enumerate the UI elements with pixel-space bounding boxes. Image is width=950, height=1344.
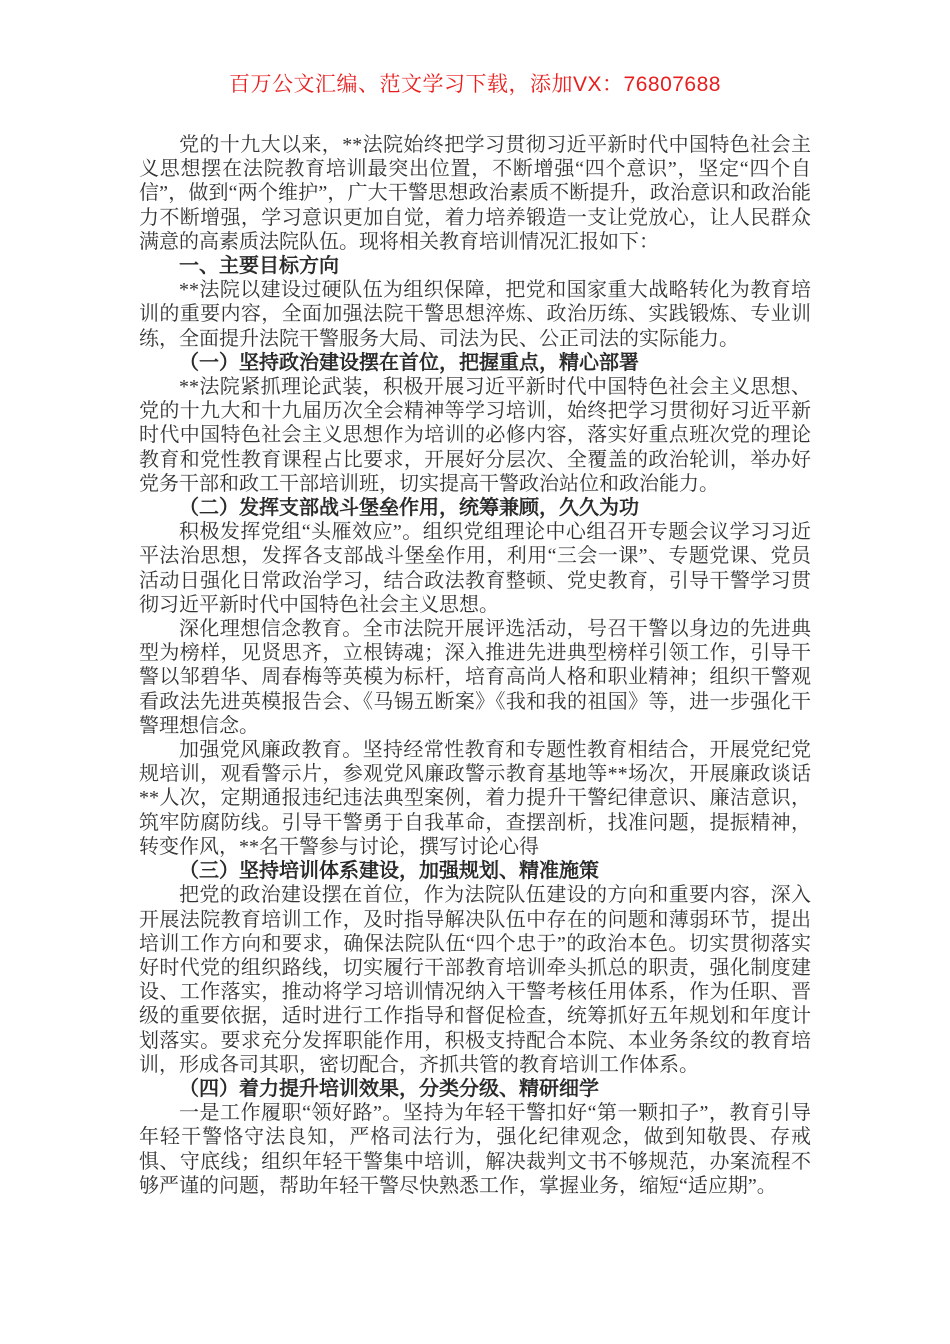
- body-paragraph: 加强党风廉政教育。坚持经常性教育和专题性教育相结合，开展党纪党规培训，观看警示片…: [139, 738, 811, 859]
- section-heading: 一、主要目标方向: [139, 254, 811, 278]
- promo-banner: 百万公文汇编、范文学习下载，添加VX：76807688: [0, 68, 950, 98]
- body-paragraph: 把党的政治建设摆在首位，作为法院队伍建设的方向和重要内容，深入开展法院教育培训工…: [139, 883, 811, 1077]
- section-heading: （四）着力提升培训效果，分类分级、精研细学: [139, 1077, 811, 1101]
- section-heading: （一）坚持政治建设摆在首位，把握重点，精心部署: [139, 351, 811, 375]
- document-page: 百万公文汇编、范文学习下载，添加VX：76807688 党的十九大以来，**法院…: [0, 0, 950, 1344]
- body-paragraph: **法院紧抓理论武装，积极开展习近平新时代中国特色社会主义思想、党的十九大和十九…: [139, 375, 811, 496]
- body-paragraph: 党的十九大以来，**法院始终把学习贯彻习近平新时代中国特色社会主义思想摆在法院教…: [139, 133, 811, 254]
- section-heading: （三）坚持培训体系建设，加强规划、精准施策: [139, 859, 811, 883]
- body-paragraph: 深化理想信念教育。全市法院开展评选活动，号召干警以身边的先进典型为榜样，见贤思齐…: [139, 617, 811, 738]
- document-body: 党的十九大以来，**法院始终把学习贯彻习近平新时代中国特色社会主义思想摆在法院教…: [139, 133, 811, 1198]
- section-heading: （二）发挥支部战斗堡垒作用，统筹兼顾，久久为功: [139, 496, 811, 520]
- body-paragraph: 一是工作履职“领好路”。坚持为年轻干警扣好“第一颗扣子”，教育引导年轻干警恪守法…: [139, 1101, 811, 1198]
- body-paragraph: 积极发挥党组“头雁效应”。组织党组理论中心组召开专题会议学习习近平法治思想，发挥…: [139, 520, 811, 617]
- body-paragraph: **法院以建设过硬队伍为组织保障，把党和国家重大战略转化为教育培训的重要内容，全…: [139, 278, 811, 351]
